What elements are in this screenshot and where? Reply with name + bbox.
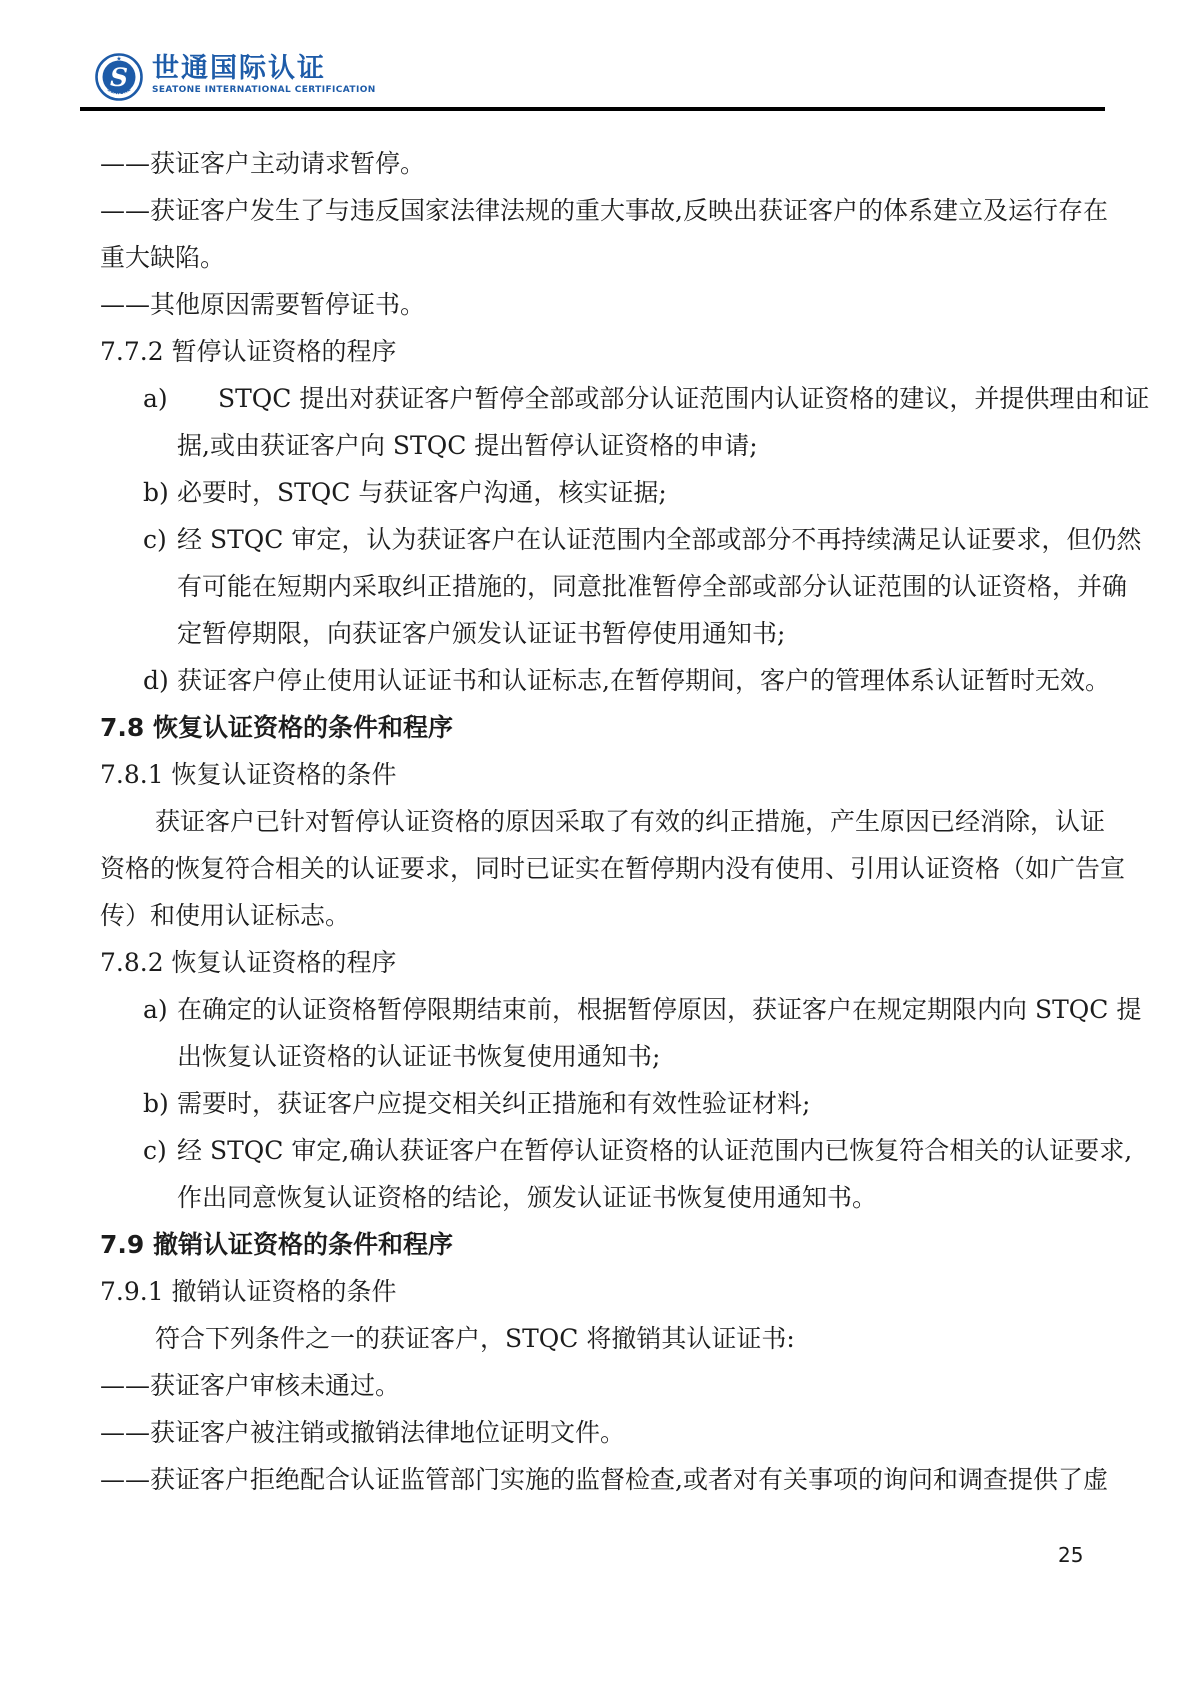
text-run: 有可能在短期内采取纠正措施的，同意批准暂停全部或部分认证范围的认证资格，并确 <box>177 572 1127 601</box>
text-line: 7.8.2 恢复认证资格的程序 <box>100 939 1140 986</box>
text-run: 重大缺陷。 <box>100 243 225 272</box>
text-line: 定暂停期限，向获证客户颁发认证证书暂停使用通知书; <box>100 610 1140 657</box>
page-number: 25 <box>1058 1543 1083 1567</box>
text-line: 获证客户已针对暂停认证资格的原因采取了有效的纠正措施，产生原因已经消除，认证 <box>100 798 1140 845</box>
text-line: 重大缺陷。 <box>100 234 1140 281</box>
list-item-label: d) <box>143 657 169 704</box>
text-run: ——获证客户主动请求暂停。 <box>100 149 425 178</box>
text-run: 7.9.1 撤销认证资格的条件 <box>100 1277 397 1306</box>
text-run: 7.7.2 暂停认证资格的程序 <box>100 337 397 366</box>
list-item-label: a) <box>143 375 168 422</box>
list-item-label: b) <box>143 469 169 516</box>
text-run: 出恢复认证资格的认证证书恢复使用通知书; <box>177 1042 660 1071</box>
text-run: 经 STQC 审定,确认获证客户在暂停认证资格的认证范围内已恢复符合相关的认证要… <box>177 1136 1132 1165</box>
dash-paragraph: ——获证客户审核未通过。 <box>100 1362 1140 1409</box>
text-line: b)需要时，获证客户应提交相关纠正措施和有效性验证材料; <box>100 1080 1140 1127</box>
dash-paragraph: ——获证客户发生了与违反国家法律法规的重大事故,反映出获证客户的体系建立及运行存… <box>100 187 1140 281</box>
section-title-7-9-1: 7.9.1 撤销认证资格的条件 <box>100 1268 1140 1315</box>
dash-paragraph: ——其他原因需要暂停证书。 <box>100 281 1140 328</box>
text-run: ——获证客户被注销或撤销法律地位证明文件。 <box>100 1418 625 1447</box>
text-run: 7.8.1 恢复认证资格的条件 <box>100 760 397 789</box>
list-item-label: b) <box>143 1080 169 1127</box>
text-run: 作出同意恢复认证资格的结论，颁发认证证书恢复使用通知书。 <box>177 1183 877 1212</box>
company-logo: S ★ SEATONE 世通国际认证 SEATONE INTERNATIONAL… <box>95 53 376 101</box>
section-title-7-8-2: 7.8.2 恢复认证资格的程序 <box>100 939 1140 986</box>
text-line: 资格的恢复符合相关的认证要求，同时已证实在暂停期内没有使用、引用认证资格（如广告… <box>100 845 1140 892</box>
text-run: ——其他原因需要暂停证书。 <box>100 290 425 319</box>
text-run: 在确定的认证资格暂停限期结束前，根据暂停原因，获证客户在规定期限内向 STQC … <box>177 995 1141 1024</box>
list-item-a: a)STQC 提出对获证客户暂停全部或部分认证范围内认证资格的建议，并提供理由和… <box>100 375 1140 469</box>
list-item-label: c) <box>143 516 167 563</box>
text-run: ——获证客户发生了与违反国家法律法规的重大事故,反映出获证客户的体系建立及运行存… <box>100 196 1108 225</box>
text-line: 7.7.2 暂停认证资格的程序 <box>100 328 1140 375</box>
text-line: 有可能在短期内采取纠正措施的，同意批准暂停全部或部分认证范围的认证资格，并确 <box>100 563 1140 610</box>
dash-paragraph: ——获证客户主动请求暂停。 <box>100 140 1140 187</box>
text-run: 获证客户已针对暂停认证资格的原因采取了有效的纠正措施，产生原因已经消除，认证 <box>155 807 1105 836</box>
text-line: 出恢复认证资格的认证证书恢复使用通知书; <box>100 1033 1140 1080</box>
section-title-7-7-2: 7.7.2 暂停认证资格的程序 <box>100 328 1140 375</box>
text-line: 作出同意恢复认证资格的结论，颁发认证证书恢复使用通知书。 <box>100 1174 1140 1221</box>
text-run: STQC 提出对获证客户暂停全部或部分认证范围内认证资格的建议，并提供理由和证 <box>218 384 1149 413</box>
list-item-c: c)经 STQC 审定，认为获证客户在认证范围内全部或部分不再持续满足认证要求，… <box>100 516 1140 657</box>
text-line: c)经 STQC 审定，认为获证客户在认证范围内全部或部分不再持续满足认证要求，… <box>100 516 1140 563</box>
text-line: ——获证客户被注销或撤销法律地位证明文件。 <box>100 1409 1140 1456</box>
text-run: 据,或由获证客户向 STQC 提出暂停认证资格的申请; <box>177 431 758 460</box>
list-item-d: d)获证客户停止使用认证证书和认证标志,在暂停期间，客户的管理体系认证暂时无效。 <box>100 657 1140 704</box>
text-run: 传）和使用认证标志。 <box>100 901 350 930</box>
text-run: 资格的恢复符合相关的认证要求，同时已证实在暂停期内没有使用、引用认证资格（如广告… <box>100 854 1125 883</box>
text-run: 经 STQC 审定，认为获证客户在认证范围内全部或部分不再持续满足认证要求，但仍… <box>177 525 1141 554</box>
text-line: 7.8.1 恢复认证资格的条件 <box>100 751 1140 798</box>
text-line: a)在确定的认证资格暂停限期结束前，根据暂停原因，获证客户在规定期限内向 STQ… <box>100 986 1140 1033</box>
text-line: 7.9 撤销认证资格的条件和程序 <box>100 1221 1140 1268</box>
text-line: a)STQC 提出对获证客户暂停全部或部分认证范围内认证资格的建议，并提供理由和… <box>100 375 1140 422</box>
text-run: 必要时，STQC 与获证客户沟通，核实证据; <box>177 478 667 507</box>
text-line: c)经 STQC 审定,确认获证客户在暂停认证资格的认证范围内已恢复符合相关的认… <box>100 1127 1140 1174</box>
text-run: 获证客户停止使用认证证书和认证标志,在暂停期间，客户的管理体系认证暂时无效。 <box>177 666 1110 695</box>
list-item-label: c) <box>143 1127 167 1174</box>
text-line: 符合下列条件之一的获证客户，STQC 将撤销其认证证书: <box>100 1315 1140 1362</box>
body-paragraph: 获证客户已针对暂停认证资格的原因采取了有效的纠正措施，产生原因已经消除，认证资格… <box>100 798 1140 939</box>
list-item-label: a) <box>143 986 168 1033</box>
section-heading-7-8: 7.8 恢复认证资格的条件和程序 <box>100 704 1140 751</box>
logo-english-name: SEATONE INTERNATIONAL CERTIFICATION <box>152 85 376 96</box>
dash-paragraph: ——获证客户拒绝配合认证监管部门实施的监督检查,或者对有关事项的询问和调查提供了… <box>100 1456 1140 1503</box>
section-heading-7-9: 7.9 撤销认证资格的条件和程序 <box>100 1221 1140 1268</box>
text-run: 符合下列条件之一的获证客户，STQC 将撤销其认证证书: <box>155 1324 795 1353</box>
text-line: 据,或由获证客户向 STQC 提出暂停认证资格的申请; <box>100 422 1140 469</box>
text-run: ——获证客户拒绝配合认证监管部门实施的监督检查,或者对有关事项的询问和调查提供了… <box>100 1465 1108 1494</box>
text-run: 7.8.2 恢复认证资格的程序 <box>100 948 397 977</box>
text-line: 传）和使用认证标志。 <box>100 892 1140 939</box>
text-run: 7.8 恢复认证资格的条件和程序 <box>100 713 453 742</box>
text-run: 定暂停期限，向获证客户颁发认证证书暂停使用通知书; <box>177 619 785 648</box>
logo-badge-icon: S ★ SEATONE <box>95 53 143 101</box>
svg-text:★: ★ <box>116 56 121 63</box>
svg-text:S: S <box>110 63 128 92</box>
list-item-b: b)需要时，获证客户应提交相关纠正措施和有效性验证材料; <box>100 1080 1140 1127</box>
text-line: ——获证客户拒绝配合认证监管部门实施的监督检查,或者对有关事项的询问和调查提供了… <box>100 1456 1140 1503</box>
text-run: 7.9 撤销认证资格的条件和程序 <box>100 1230 453 1259</box>
text-line: ——获证客户主动请求暂停。 <box>100 140 1140 187</box>
document-body: ——获证客户主动请求暂停。——获证客户发生了与违反国家法律法规的重大事故,反映出… <box>100 140 1140 1503</box>
text-run: ——获证客户审核未通过。 <box>100 1371 400 1400</box>
text-line: 7.8 恢复认证资格的条件和程序 <box>100 704 1140 751</box>
section-title-7-8-1: 7.8.1 恢复认证资格的条件 <box>100 751 1140 798</box>
text-line: 7.9.1 撤销认证资格的条件 <box>100 1268 1140 1315</box>
list-item-c: c)经 STQC 审定,确认获证客户在暂停认证资格的认证范围内已恢复符合相关的认… <box>100 1127 1140 1221</box>
dash-paragraph: ——获证客户被注销或撤销法律地位证明文件。 <box>100 1409 1140 1456</box>
text-line: b)必要时，STQC 与获证客户沟通，核实证据; <box>100 469 1140 516</box>
logo-chinese-name: 世通国际认证 <box>152 53 376 85</box>
text-line: ——其他原因需要暂停证书。 <box>100 281 1140 328</box>
body-paragraph: 符合下列条件之一的获证客户，STQC 将撤销其认证证书: <box>100 1315 1140 1362</box>
text-line: ——获证客户发生了与违反国家法律法规的重大事故,反映出获证客户的体系建立及运行存… <box>100 187 1140 234</box>
list-item-b: b)必要时，STQC 与获证客户沟通，核实证据; <box>100 469 1140 516</box>
header-divider <box>80 107 1105 111</box>
text-run: 需要时，获证客户应提交相关纠正措施和有效性验证材料; <box>177 1089 810 1118</box>
list-item-a: a)在确定的认证资格暂停限期结束前，根据暂停原因，获证客户在规定期限内向 STQ… <box>100 986 1140 1080</box>
text-line: ——获证客户审核未通过。 <box>100 1362 1140 1409</box>
text-line: d)获证客户停止使用认证证书和认证标志,在暂停期间，客户的管理体系认证暂时无效。 <box>100 657 1140 704</box>
